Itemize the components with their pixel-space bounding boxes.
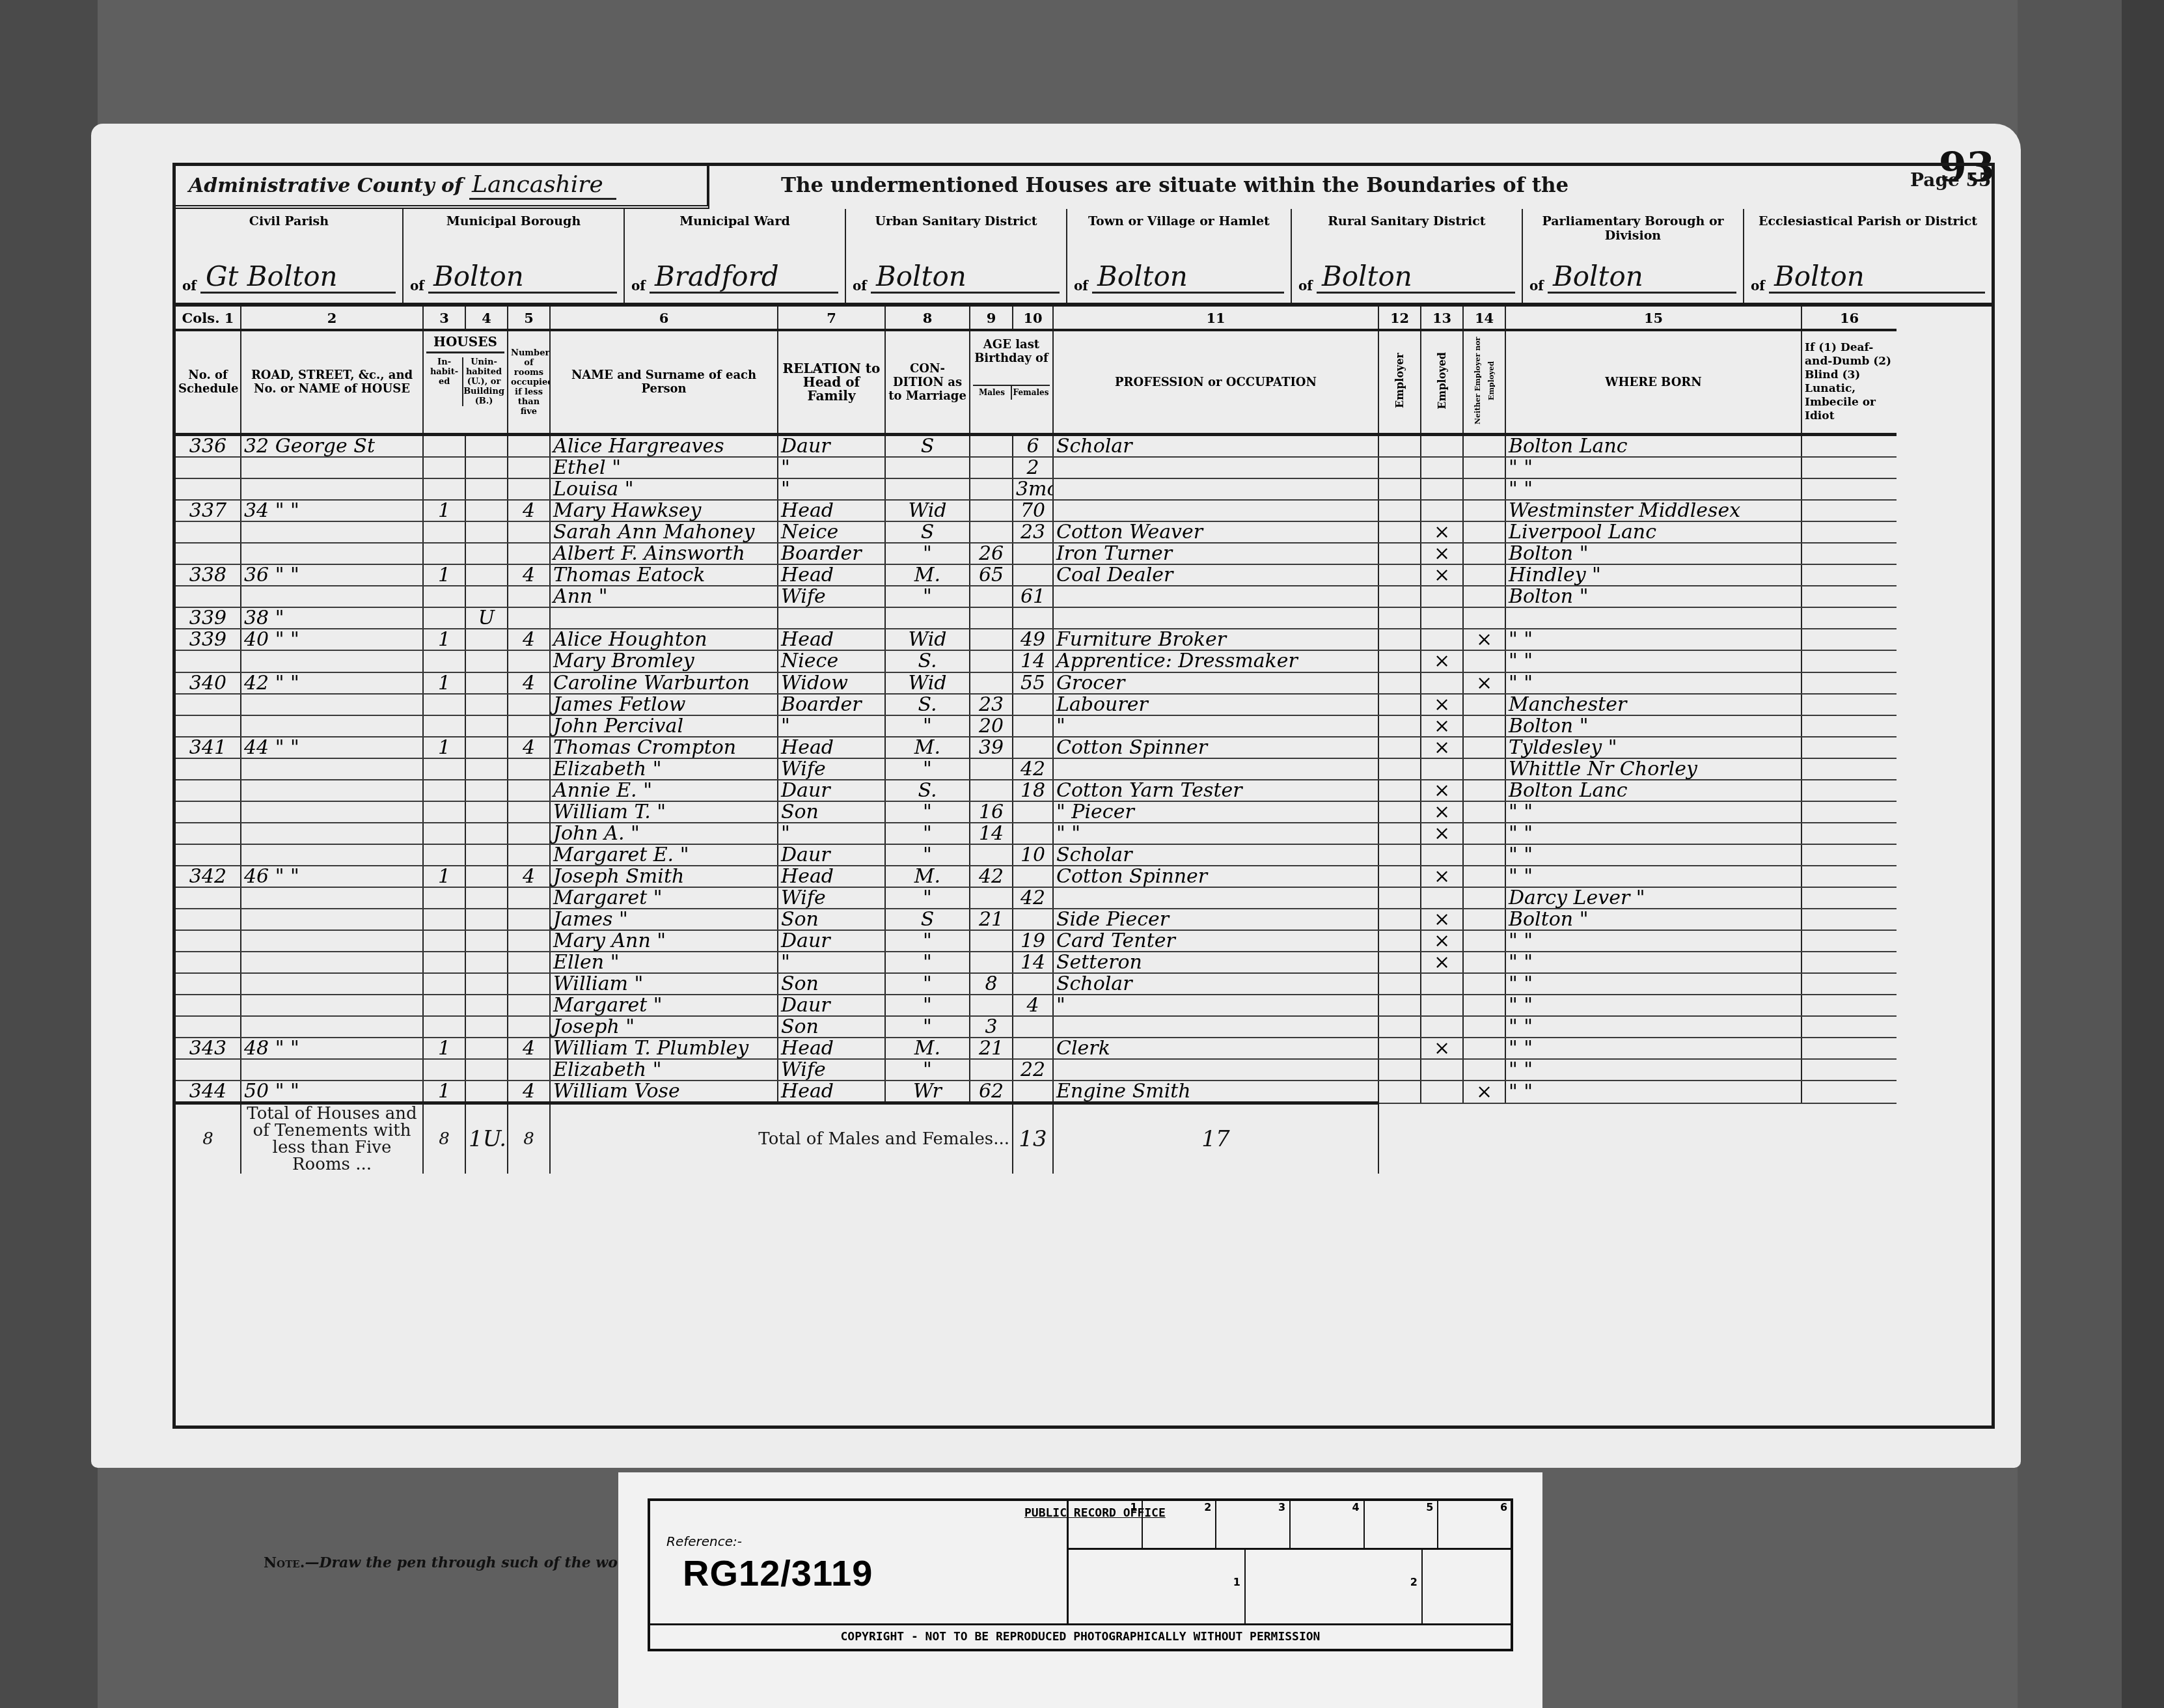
table-row: James FetlowBoarderS.23Labourer×Manchest… <box>176 694 1992 715</box>
cell-schedule <box>176 543 241 564</box>
total-schedules: 8 <box>176 1103 241 1174</box>
cell-relation: Wife <box>778 758 885 780</box>
cell-employer <box>1378 500 1421 521</box>
cell-condition: Wid <box>885 629 970 650</box>
cell-inhabited <box>423 973 465 995</box>
cell-address <box>241 952 423 973</box>
cell-schedule <box>176 909 241 930</box>
cell-born: " " <box>1505 1059 1801 1081</box>
cell-employed: × <box>1421 521 1463 543</box>
census-table: Cols. 12345 678910 111213141516 No. of S… <box>176 307 1992 1174</box>
cell-employed: × <box>1421 930 1463 952</box>
cell-born: Westminster Middlesex <box>1505 500 1801 521</box>
cell-inhabited: 1 <box>423 1038 465 1059</box>
cell-born: Darcy Lever " <box>1505 887 1801 909</box>
cell-born: Whittle Nr Chorley <box>1505 758 1801 780</box>
cell-born: " " <box>1505 1016 1801 1038</box>
cell-born: " " <box>1505 801 1801 823</box>
cell-employer <box>1378 823 1421 844</box>
cell-uninhabited <box>465 715 508 737</box>
cell-name: Albert F. Ainsworth <box>550 543 778 564</box>
table-row: Joseph "Son"3" " <box>176 1016 1992 1038</box>
cell-inhabited <box>423 887 465 909</box>
cell-born: " " <box>1505 844 1801 866</box>
cell-address <box>241 478 423 500</box>
col-condition: CON-DITION as to Marriage <box>885 330 970 435</box>
table-row: 33632 George StAlice HargreavesDaurS6Sch… <box>176 435 1992 458</box>
cell-infirmity <box>1801 1038 1897 1059</box>
cell-schedule <box>176 1016 241 1038</box>
cell-occupation: Engine Smith <box>1053 1081 1378 1103</box>
cell-address <box>241 930 423 952</box>
cell-relation: Son <box>778 801 885 823</box>
cell-age-f <box>1013 607 1053 629</box>
cell-employer <box>1378 694 1421 715</box>
cell-occupation <box>1053 758 1378 780</box>
cell-infirmity <box>1801 758 1897 780</box>
table-row: 34144 " "14Thomas CromptonHeadM.39Cotton… <box>176 737 1992 758</box>
cell-inhabited <box>423 521 465 543</box>
cell-occupation: Cotton Spinner <box>1053 737 1378 758</box>
cell-age-m: 8 <box>970 973 1013 995</box>
cell-neither <box>1463 758 1505 780</box>
cell-address: 36 " " <box>241 564 423 586</box>
cell-born: " " <box>1505 672 1801 694</box>
cell-age-m: 21 <box>970 909 1013 930</box>
cell-address: 46 " " <box>241 866 423 887</box>
cell-inhabited: 1 <box>423 500 465 521</box>
cell-age-m: 14 <box>970 823 1013 844</box>
cell-name: Alice Houghton <box>550 629 778 650</box>
cell-infirmity <box>1801 866 1897 887</box>
cell-neither <box>1463 478 1505 500</box>
cell-name: Louisa " <box>550 478 778 500</box>
cell-address <box>241 823 423 844</box>
cell-inhabited <box>423 650 465 672</box>
cell-employer <box>1378 586 1421 607</box>
cell-schedule <box>176 995 241 1016</box>
cell-neither <box>1463 457 1505 478</box>
cell-name: Elizabeth " <box>550 758 778 780</box>
cell-employed <box>1421 844 1463 866</box>
cell-uninhabited <box>465 823 508 844</box>
cell-uninhabited <box>465 435 508 458</box>
cell-infirmity <box>1801 564 1897 586</box>
cell-neither: × <box>1463 672 1505 694</box>
cell-age-f: 18 <box>1013 780 1053 801</box>
reference-card: PUBLIC RECORD OFFICE Reference:- RG12/31… <box>618 1472 1542 1708</box>
cell-infirmity <box>1801 478 1897 500</box>
cell-infirmity <box>1801 435 1897 458</box>
cell-condition: Wid <box>885 672 970 694</box>
cell-infirmity <box>1801 543 1897 564</box>
cell-rooms <box>508 1016 550 1038</box>
cell-employer <box>1378 758 1421 780</box>
table-row: Sarah Ann MahoneyNeiceS23Cotton Weaver×L… <box>176 521 1992 543</box>
cell-schedule <box>176 973 241 995</box>
cell-age-m <box>970 607 1013 629</box>
cell-uninhabited <box>465 478 508 500</box>
cell-uninhabited <box>465 521 508 543</box>
cell-employer <box>1378 607 1421 629</box>
cell-condition: " <box>885 715 970 737</box>
cell-uninhabited <box>465 564 508 586</box>
cell-employed: × <box>1421 650 1463 672</box>
table-row: Mary Ann "Daur"19Card Tenter×" " <box>176 930 1992 952</box>
cell-employer <box>1378 930 1421 952</box>
cell-age-m <box>970 672 1013 694</box>
cell-occupation: " <box>1053 995 1378 1016</box>
cell-uninhabited <box>465 1038 508 1059</box>
cell-born: " " <box>1505 457 1801 478</box>
cell-address <box>241 844 423 866</box>
cell-neither <box>1463 586 1505 607</box>
cell-uninhabited <box>465 457 508 478</box>
col-infirmity: If (1) Deaf-and-Dumb (2) Blind (3) Lunat… <box>1801 330 1897 435</box>
measurement-scale: 123 456 12 <box>1067 1501 1513 1623</box>
cell-age-f: 10 <box>1013 844 1053 866</box>
cell-inhabited <box>423 909 465 930</box>
table-row: 34348 " "14William T. PlumbleyHeadM.21Cl… <box>176 1038 1992 1059</box>
cell-rooms <box>508 887 550 909</box>
cell-condition: M. <box>885 866 970 887</box>
cell-inhabited <box>423 715 465 737</box>
cell-age-f <box>1013 973 1053 995</box>
total-inhabited: 8 <box>423 1103 465 1174</box>
cell-age-f: 6 <box>1013 435 1053 458</box>
cell-infirmity <box>1801 887 1897 909</box>
cell-condition: S. <box>885 780 970 801</box>
cell-schedule: 338 <box>176 564 241 586</box>
cell-inhabited <box>423 758 465 780</box>
cell-name: Sarah Ann Mahoney <box>550 521 778 543</box>
cell-employer <box>1378 887 1421 909</box>
cell-infirmity <box>1801 521 1897 543</box>
cell-age-m <box>970 952 1013 973</box>
cell-born: " " <box>1505 1038 1801 1059</box>
cell-age-f: 42 <box>1013 887 1053 909</box>
cell-schedule <box>176 823 241 844</box>
cell-neither <box>1463 607 1505 629</box>
cell-employed <box>1421 995 1463 1016</box>
cell-name <box>550 607 778 629</box>
cell-employer <box>1378 715 1421 737</box>
cell-occupation: Scholar <box>1053 973 1378 995</box>
admin-county-value: Lancashire <box>469 171 616 200</box>
cell-schedule <box>176 457 241 478</box>
cell-uninhabited <box>465 930 508 952</box>
table-row: Margaret "Daur"4"" " <box>176 995 1992 1016</box>
cell-condition: " <box>885 758 970 780</box>
cell-rooms <box>508 758 550 780</box>
cell-name: Ann " <box>550 586 778 607</box>
cell-address <box>241 780 423 801</box>
cell-occupation <box>1053 500 1378 521</box>
cell-employed <box>1421 607 1463 629</box>
cell-uninhabited <box>465 844 508 866</box>
cell-uninhabited <box>465 973 508 995</box>
cell-schedule <box>176 844 241 866</box>
cell-address: 44 " " <box>241 737 423 758</box>
cell-rooms <box>508 586 550 607</box>
cell-address <box>241 909 423 930</box>
table-row: Louisa ""3mo" " <box>176 478 1992 500</box>
table-row: John A. """14" "×" " <box>176 823 1992 844</box>
cell-address: 42 " " <box>241 672 423 694</box>
cell-employed: × <box>1421 1038 1463 1059</box>
col-houses: HOUSES In-habit-ed Unin-habited (U.), or… <box>423 330 508 435</box>
boundary-rural-sanitary: Rural Sanitary District ofBolton <box>1292 209 1523 303</box>
cell-age-m: 42 <box>970 866 1013 887</box>
cell-occupation <box>1053 586 1378 607</box>
table-row: Annie E. "DaurS.18Cotton Yarn Tester×Bol… <box>176 780 1992 801</box>
totals-row: 8 Total of Houses and of Tenements with … <box>176 1103 1992 1174</box>
cell-condition <box>885 478 970 500</box>
col-inhabited: In-habit-ed <box>426 357 462 406</box>
cell-born: " " <box>1505 973 1801 995</box>
table-row: James "SonS21Side Piecer×Bolton " <box>176 909 1992 930</box>
cell-employer <box>1378 973 1421 995</box>
cell-born: " " <box>1505 930 1801 952</box>
cell-employed <box>1421 973 1463 995</box>
cell-relation: Daur <box>778 930 885 952</box>
cell-address <box>241 457 423 478</box>
cell-neither <box>1463 801 1505 823</box>
cell-uninhabited <box>465 672 508 694</box>
col-where-born: WHERE BORN <box>1505 330 1801 435</box>
table-row: John Percival""20"×Bolton " <box>176 715 1992 737</box>
cell-employer <box>1378 672 1421 694</box>
cell-rooms: 4 <box>508 1081 550 1103</box>
col-females: Females <box>1011 386 1050 400</box>
cell-rooms: 4 <box>508 737 550 758</box>
cell-age-f <box>1013 543 1053 564</box>
cell-inhabited <box>423 478 465 500</box>
cell-neither: × <box>1463 1081 1505 1103</box>
table-row: Albert F. AinsworthBoarder"26Iron Turner… <box>176 543 1992 564</box>
cell-employed <box>1421 586 1463 607</box>
cell-neither <box>1463 973 1505 995</box>
cell-neither <box>1463 715 1505 737</box>
cell-age-m <box>970 930 1013 952</box>
cell-employer <box>1378 435 1421 458</box>
cell-rooms: 4 <box>508 500 550 521</box>
table-row: 34450 " "14William VoseHeadWr62Engine Sm… <box>176 1081 1992 1103</box>
cell-name: Caroline Warburton <box>550 672 778 694</box>
cell-occupation: Setteron <box>1053 952 1378 973</box>
cell-address <box>241 715 423 737</box>
cell-inhabited <box>423 823 465 844</box>
cell-age-m <box>970 500 1013 521</box>
cell-occupation <box>1053 607 1378 629</box>
cell-infirmity <box>1801 650 1897 672</box>
cell-occupation: Cotton Spinner <box>1053 866 1378 887</box>
cell-rooms: 4 <box>508 672 550 694</box>
cell-uninhabited <box>465 737 508 758</box>
col-neither: Neither Employer nor Employed <box>1463 330 1505 435</box>
cell-infirmity <box>1801 586 1897 607</box>
total-males: 13 <box>1013 1103 1053 1174</box>
col-age: AGE last Birthday of Males Females <box>970 330 1053 435</box>
cell-condition: " <box>885 952 970 973</box>
cell-rooms <box>508 435 550 458</box>
cell-name: Ellen " <box>550 952 778 973</box>
census-sheet: 93 Administrative County of Lancashire T… <box>91 124 2021 1468</box>
cell-age-m <box>970 844 1013 866</box>
cell-occupation: " " <box>1053 823 1378 844</box>
cell-name: Margaret " <box>550 995 778 1016</box>
cell-employed <box>1421 1016 1463 1038</box>
cell-age-f <box>1013 1081 1053 1103</box>
cell-employer <box>1378 995 1421 1016</box>
cell-uninhabited <box>465 909 508 930</box>
cell-employer <box>1378 801 1421 823</box>
col-males: Males <box>973 386 1011 400</box>
total-rooms: 8 <box>508 1103 550 1174</box>
cell-born: Bolton " <box>1505 715 1801 737</box>
cell-uninhabited <box>465 586 508 607</box>
cell-schedule: 336 <box>176 435 241 458</box>
column-headings: No. of Schedule ROAD, STREET, &c., and N… <box>176 330 1992 435</box>
cell-age-f <box>1013 1038 1053 1059</box>
cell-infirmity <box>1801 629 1897 650</box>
cell-occupation <box>1053 887 1378 909</box>
cell-infirmity <box>1801 952 1897 973</box>
cell-relation: Head <box>778 564 885 586</box>
cell-rooms: 4 <box>508 1038 550 1059</box>
cell-rooms <box>508 478 550 500</box>
cell-relation: " <box>778 715 885 737</box>
cell-name: Elizabeth " <box>550 1059 778 1081</box>
cell-rooms <box>508 952 550 973</box>
cell-address: 32 George St <box>241 435 423 458</box>
cell-occupation: Iron Turner <box>1053 543 1378 564</box>
cell-address: 50 " " <box>241 1081 423 1103</box>
cell-employer <box>1378 952 1421 973</box>
col-occupation: PROFESSION or OCCUPATION <box>1053 330 1378 435</box>
cell-relation: Head <box>778 629 885 650</box>
cell-age-f: 55 <box>1013 672 1053 694</box>
cell-employed <box>1421 435 1463 458</box>
cell-born: " " <box>1505 995 1801 1016</box>
cell-inhabited <box>423 457 465 478</box>
cell-condition: " <box>885 973 970 995</box>
column-numbers: Cols. 12345 678910 111213141516 <box>176 307 1992 330</box>
boundary-ecclesiastical: Ecclesiastical Parish or District ofBolt… <box>1744 209 1992 303</box>
boundary-civil-parish: Civil Parish ofGt Bolton <box>176 209 404 303</box>
cell-infirmity <box>1801 1059 1897 1081</box>
cell-name: James Fetlow <box>550 694 778 715</box>
cell-condition: M. <box>885 564 970 586</box>
cell-employer <box>1378 866 1421 887</box>
cell-neither <box>1463 1059 1505 1081</box>
cell-rooms <box>508 1059 550 1081</box>
cell-infirmity <box>1801 607 1897 629</box>
cell-uninhabited <box>465 780 508 801</box>
cell-schedule <box>176 521 241 543</box>
cell-schedule <box>176 930 241 952</box>
cell-uninhabited <box>465 543 508 564</box>
cell-relation: Head <box>778 500 885 521</box>
cell-infirmity <box>1801 844 1897 866</box>
cell-inhabited <box>423 952 465 973</box>
cell-schedule <box>176 801 241 823</box>
cell-age-f <box>1013 1016 1053 1038</box>
boundary-urban-sanitary: Urban Sanitary District ofBolton <box>846 209 1067 303</box>
cell-infirmity <box>1801 801 1897 823</box>
cell-occupation: Scholar <box>1053 844 1378 866</box>
cell-address: 34 " " <box>241 500 423 521</box>
cell-rooms <box>508 780 550 801</box>
cell-employed: × <box>1421 694 1463 715</box>
cell-condition: S. <box>885 650 970 672</box>
cell-age-f: 4 <box>1013 995 1053 1016</box>
cell-employer <box>1378 1038 1421 1059</box>
cell-address: 38 " <box>241 607 423 629</box>
cell-rooms <box>508 543 550 564</box>
cell-name: Joseph " <box>550 1016 778 1038</box>
cell-employer <box>1378 1081 1421 1103</box>
cell-rooms <box>508 650 550 672</box>
cell-address <box>241 887 423 909</box>
film-margin-left <box>0 0 98 1708</box>
cell-age-m: 26 <box>970 543 1013 564</box>
cell-relation: Daur <box>778 435 885 458</box>
cell-condition: Wr <box>885 1081 970 1103</box>
col-employer: Employer <box>1378 330 1421 435</box>
cell-inhabited: 1 <box>423 1081 465 1103</box>
cell-age-m: 62 <box>970 1081 1013 1103</box>
table-row: Margaret "Wife"42Darcy Lever " <box>176 887 1992 909</box>
cell-relation: Niece <box>778 650 885 672</box>
cell-age-f <box>1013 823 1053 844</box>
cell-employer <box>1378 478 1421 500</box>
cell-age-m: 23 <box>970 694 1013 715</box>
cell-employed <box>1421 1059 1463 1081</box>
cell-born: " " <box>1505 1081 1801 1103</box>
cell-born: Hindley " <box>1505 564 1801 586</box>
cell-born <box>1505 607 1801 629</box>
cell-relation: " <box>778 457 885 478</box>
col-road: ROAD, STREET, &c., and No. or NAME of HO… <box>241 330 423 435</box>
cell-inhabited <box>423 995 465 1016</box>
cell-uninhabited <box>465 995 508 1016</box>
reference-value: RG12/3119 <box>683 1552 873 1594</box>
boundary-parliamentary: Parliamentary Borough or Division ofBolt… <box>1523 209 1744 303</box>
cell-uninhabited <box>465 758 508 780</box>
cell-infirmity <box>1801 780 1897 801</box>
cell-employed: × <box>1421 909 1463 930</box>
cell-rooms <box>508 995 550 1016</box>
cell-relation: Head <box>778 737 885 758</box>
cell-name: Mary Hawksey <box>550 500 778 521</box>
cell-uninhabited <box>465 629 508 650</box>
table-row: Margaret E. "Daur"10Scholar" " <box>176 844 1992 866</box>
cell-condition: " <box>885 930 970 952</box>
cell-address <box>241 650 423 672</box>
cell-occupation: Clerk <box>1053 1038 1378 1059</box>
cell-age-f <box>1013 801 1053 823</box>
cell-name: James " <box>550 909 778 930</box>
cell-schedule <box>176 780 241 801</box>
cell-relation: Neice <box>778 521 885 543</box>
cell-infirmity <box>1801 823 1897 844</box>
cell-address <box>241 1059 423 1081</box>
table-row: 33940 " "14Alice HoughtonHeadWid49Furnit… <box>176 629 1992 650</box>
cell-name: Joseph Smith <box>550 866 778 887</box>
cell-name: Margaret " <box>550 887 778 909</box>
cell-inhabited <box>423 1016 465 1038</box>
